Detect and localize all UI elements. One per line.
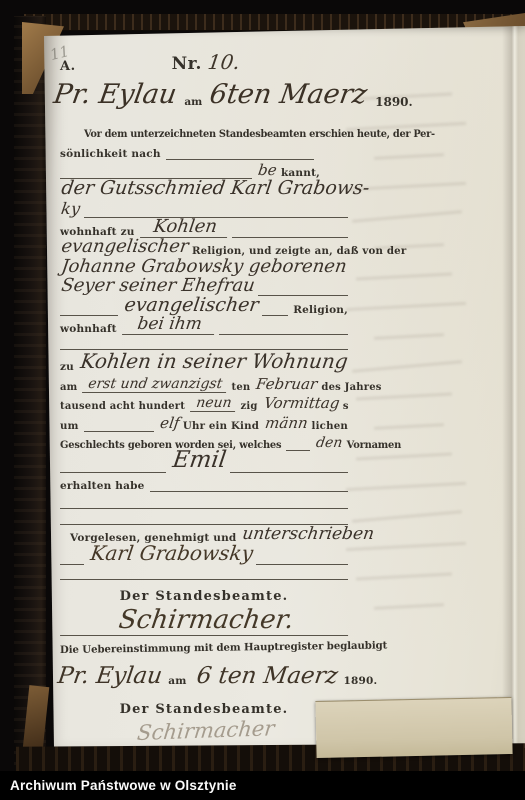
printed-text: Der Standesbeamte.: [120, 589, 289, 604]
form-header-row: A. Nr. 10.: [60, 50, 348, 74]
handwritten-text: Kohlen in seiner Wohnung: [79, 349, 350, 373]
handwritten-text: Februar: [255, 375, 319, 393]
printed-text: Die Uebereinstimmung mit dem Hauptregist…: [60, 639, 387, 656]
form-line-l14: amerst und zwanzigsttenFebruardes Jahres: [60, 373, 348, 393]
printed-text: am: [168, 675, 186, 689]
printed-text: am: [60, 382, 77, 393]
form-lines: Vor dem unterzeichneten Standesbeamten e…: [60, 122, 348, 745]
handwritten-text: Schirmacher.: [60, 605, 352, 636]
blank-rule: [60, 562, 84, 565]
handwritten-text: Vormittag: [263, 394, 341, 412]
corner-letter: A.: [60, 59, 76, 74]
blank-rule: [150, 489, 348, 492]
form-line-i2: sönlichkeit nach: [60, 140, 348, 160]
handwritten-text: ky: [60, 199, 81, 218]
form-line-l18: Emil: [60, 451, 348, 473]
handwritten-text: Karl Grabowsky: [89, 541, 255, 565]
printed-text: um: [60, 420, 79, 432]
handwritten-text: der Gutsschmied Karl Grabows-: [60, 177, 371, 199]
form-line-l13: zuKohlen in seiner Wohnung: [60, 350, 348, 373]
form-line-l11: wohnhaftbei ihm: [60, 316, 348, 336]
form-line-st2: Der Standesbeamte.: [60, 689, 348, 717]
handwritten-text: Schirmacher: [136, 716, 276, 745]
printed-text: zu: [60, 361, 74, 373]
form-line-l6: wohnhaft zuKohlen: [60, 218, 348, 238]
blank-rule: [230, 470, 348, 473]
printed-text: lichen: [312, 420, 348, 432]
form-line-sg1: Schirmacher.: [60, 604, 348, 636]
form-line-r1: [60, 565, 348, 580]
book-spine: [14, 16, 46, 776]
record-number-label: Nr.: [172, 54, 202, 74]
blank-rule: [262, 313, 288, 316]
handwritten-text: Seyer seiner Ehefrau: [60, 275, 256, 296]
printed-text: ten: [232, 382, 251, 393]
printed-text: 1890.: [343, 675, 377, 689]
tape-repair-patch: [315, 697, 512, 758]
printed-text: sönlichkeit nach: [60, 148, 161, 160]
place-date-row: Pr. Eylau am 6ten Maerz 1890.: [60, 74, 348, 110]
blank-rule: [60, 470, 166, 473]
form-line-l19: erhalten habe: [60, 473, 348, 492]
handwritten-text: evangelischer: [123, 294, 260, 316]
handwritten-text: elf: [159, 414, 181, 432]
archive-watermark-bar: Archiwum Państwowe w Olsztynie: [0, 771, 525, 800]
year-printed: 1890.: [375, 95, 413, 110]
blank-rule: [60, 506, 348, 509]
printed-text: zig: [240, 401, 257, 412]
form-line-l12: [60, 335, 348, 350]
form-line-bg1: Die Uebereinstimmung mit dem Hauptregist…: [60, 642, 348, 656]
printed-text: Uhr ein Kind: [183, 420, 259, 432]
handwritten-text: unterschrieben: [241, 524, 375, 544]
handwritten-text: männ: [264, 414, 309, 432]
handwritten-text: Pr. Eylau: [56, 663, 164, 689]
form-line-l21: [60, 509, 348, 525]
printed-text: wohnhaft: [60, 323, 117, 335]
printed-text: Der Standesbeamte.: [120, 702, 289, 717]
blank-rule: [232, 235, 348, 238]
blank-rule: [219, 332, 348, 335]
blank-rule: [286, 448, 310, 451]
form-line-l10: evangelischerReligion,: [60, 296, 348, 316]
handwritten-text: Emil: [171, 447, 228, 473]
blank-rule: [258, 293, 348, 296]
blank-rule: [60, 577, 348, 580]
printed-text: Vornamen: [347, 440, 401, 451]
printed-text: des Jahres: [321, 382, 381, 393]
date-handwritten: 6ten Maerz: [208, 79, 370, 110]
page-fold-crease: [502, 26, 525, 748]
form-line-st1: Der Standesbeamte.: [60, 580, 348, 604]
form-line-l4: der Gutsschmied Karl Grabows-: [60, 179, 348, 199]
record-number-value: 10.: [206, 50, 241, 74]
form-line-sg2: Schirmacher: [60, 717, 348, 745]
place-handwritten: Pr. Eylau: [52, 79, 179, 110]
archive-photo: 11 A. Nr. 10. Pr. Eylau am 6ten Maerz 18…: [0, 0, 525, 800]
handwritten-text: Johanne Grabowsky geborenen: [60, 256, 348, 277]
handwritten-text: den: [315, 435, 344, 451]
blank-rule: [84, 429, 154, 432]
register-page: 11 A. Nr. 10. Pr. Eylau am 6ten Maerz 18…: [44, 26, 525, 748]
blank-rule: [256, 562, 348, 565]
form-line-pd2: Pr. Eylauam6 ten Maerz1890.: [60, 656, 348, 689]
blank-rule: [60, 313, 118, 316]
form-content: A. Nr. 10. Pr. Eylau am 6ten Maerz 1890.…: [60, 50, 348, 745]
printed-text: Religion,: [293, 304, 348, 316]
form-line-l7: evangelischerReligion, und zeigte an, da…: [60, 238, 348, 258]
form-line-l20: [60, 492, 348, 509]
form-line-v2: Karl Grabowsky: [60, 544, 348, 565]
form-line-i1: Vor dem unterzeichneten Standesbeamten e…: [60, 122, 348, 140]
printed-text: erhalten habe: [60, 480, 145, 492]
handwritten-text: neun: [190, 395, 238, 412]
archive-watermark-label: Archiwum Państwowe w Olsztynie: [10, 778, 237, 793]
printed-text: tausend acht hundert: [60, 401, 185, 412]
handwritten-text: 6 ten Maerz: [195, 663, 340, 689]
form-line-l8: Johanne Grabowsky geborenen: [60, 257, 348, 277]
form-line-l15: tausend acht hundertneunzigVormittags: [60, 393, 348, 413]
printed-text: s: [343, 401, 349, 412]
form-line-l16: umelfUhr ein Kindmännlichen: [60, 412, 348, 432]
printed-text: Geschlechts geboren worden sei, welches: [60, 440, 281, 451]
printed-text: Vor dem unterzeichneten Standesbeamten e…: [84, 129, 435, 140]
blank-rule: [166, 157, 314, 160]
ink-bleedthrough-marks: [344, 68, 494, 678]
am-label: am: [184, 96, 202, 110]
handwritten-text: Kohlen: [140, 216, 230, 238]
handwritten-text: bei ihm: [122, 314, 217, 335]
handwritten-text: evangelischer: [60, 236, 190, 257]
handwritten-text: erst und zwanzigst: [82, 376, 228, 393]
